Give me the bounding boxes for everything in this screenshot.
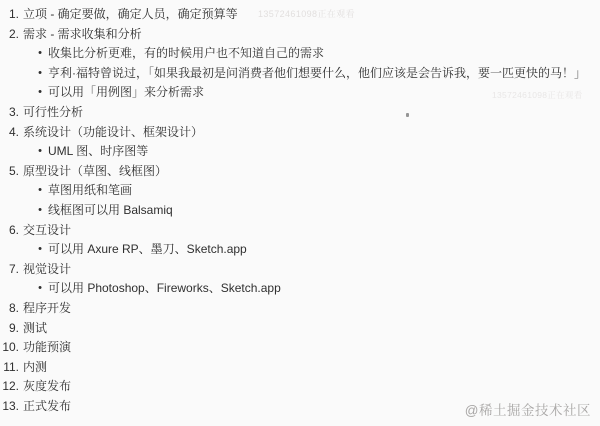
list-item-text: 程序开发 (23, 299, 71, 319)
list-item-marker: 4. (0, 123, 19, 143)
list-item-text: 正式发布 (23, 397, 71, 417)
list-item-text: 交互设计 (23, 221, 71, 241)
list-item-text: 立项 - 确定要做，确定人员，确定预算等 (23, 5, 238, 25)
list-item-text: 需求 - 需求收集和分析 (23, 25, 142, 45)
list-item-text: 灰度发布 (23, 377, 71, 397)
list-bullet: • 线框图可以用 Balsamiq (0, 201, 600, 221)
list-item: 7. 视觉设计 (0, 260, 600, 280)
list-item-marker: 6. (0, 221, 19, 241)
list-item: 8. 程序开发 (0, 299, 600, 319)
list-item-marker: • (35, 279, 45, 299)
list-bullet: • 可以用 Photoshop、Fireworks、Sketch.app (0, 279, 600, 299)
list-item-text: 系统设计（功能设计、框架设计） (23, 123, 203, 143)
list-item-text: 测试 (23, 319, 47, 339)
list-item: 9. 测试 (0, 319, 600, 339)
list-item-text: 内测 (23, 358, 47, 378)
list-item-marker: • (35, 240, 45, 260)
list-item-text: UML 图、时序图等 (48, 142, 148, 162)
list-item-marker: 3. (0, 103, 19, 123)
list-item: 6. 交互设计 (0, 221, 600, 241)
list-bullet: • 收集比分析更难，有的时候用户也不知道自己的需求 (0, 44, 600, 64)
list-item-text: 功能预演 (23, 338, 71, 358)
list-item-marker: • (35, 64, 45, 84)
list-item-marker: • (35, 44, 45, 64)
list-item-marker: 5. (0, 162, 19, 182)
video-artifact-dot (406, 113, 409, 117)
list-item-marker: • (35, 83, 45, 103)
list-item: 4. 系统设计（功能设计、框架设计） (0, 123, 600, 143)
list-item-marker: 12. (0, 377, 19, 397)
list-item-text: 草图用纸和笔画 (48, 181, 132, 201)
list-item-marker: 1. (0, 5, 19, 25)
process-list: 1. 立项 - 确定要做，确定人员，确定预算等 2. 需求 - 需求收集和分析 … (0, 5, 600, 416)
list-item: 13. 正式发布 (0, 397, 600, 417)
list-item-marker: 8. (0, 299, 19, 319)
list-item: 2. 需求 - 需求收集和分析 (0, 25, 600, 45)
list-bullet: • 草图用纸和笔画 (0, 181, 600, 201)
list-item-text: 收集比分析更难，有的时候用户也不知道自己的需求 (48, 44, 324, 64)
list-item-text: 可行性分析 (23, 103, 83, 123)
list-item-marker: 10. (0, 338, 19, 358)
list-item-text: 可以用 Axure RP、墨刀、Sketch.app (48, 240, 247, 260)
list-item-marker: 9. (0, 319, 19, 339)
list-item-text: 可以用 Photoshop、Fireworks、Sketch.app (48, 279, 281, 299)
list-item: 10. 功能预演 (0, 338, 600, 358)
list-item: 5. 原型设计（草图、线框图） (0, 162, 600, 182)
list-item-marker: 11. (0, 358, 19, 378)
list-item-marker: 13. (0, 397, 19, 417)
process-notes-document: 1. 立项 - 确定要做，确定人员，确定预算等 2. 需求 - 需求收集和分析 … (0, 0, 600, 416)
list-item-text: 亨利·福特曾说过，「如果我最初是问消费者他们想要什么，他们应该是会告诉我，要一匹… (48, 64, 586, 84)
list-item-text: 可以用「用例图」来分析需求 (48, 83, 204, 103)
list-item-text: 原型设计（草图、线框图） (23, 162, 167, 182)
list-item-marker: • (35, 201, 45, 221)
list-bullet: • 亨利·福特曾说过，「如果我最初是问消费者他们想要什么，他们应该是会告诉我，要… (0, 64, 600, 84)
list-bullet: • 可以用「用例图」来分析需求 (0, 83, 600, 103)
list-item-marker: • (35, 142, 45, 162)
list-item-marker: • (35, 181, 45, 201)
list-item: 3. 可行性分析 (0, 103, 600, 123)
list-item-marker: 7. (0, 260, 19, 280)
list-item: 12. 灰度发布 (0, 377, 600, 397)
list-item: 1. 立项 - 确定要做，确定人员，确定预算等 (0, 5, 600, 25)
list-item-text: 视觉设计 (23, 260, 71, 280)
list-bullet: • UML 图、时序图等 (0, 142, 600, 162)
list-item: 11. 内测 (0, 358, 600, 378)
list-item-marker: 2. (0, 25, 19, 45)
list-bullet: • 可以用 Axure RP、墨刀、Sketch.app (0, 240, 600, 260)
list-item-text: 线框图可以用 Balsamiq (48, 201, 173, 221)
